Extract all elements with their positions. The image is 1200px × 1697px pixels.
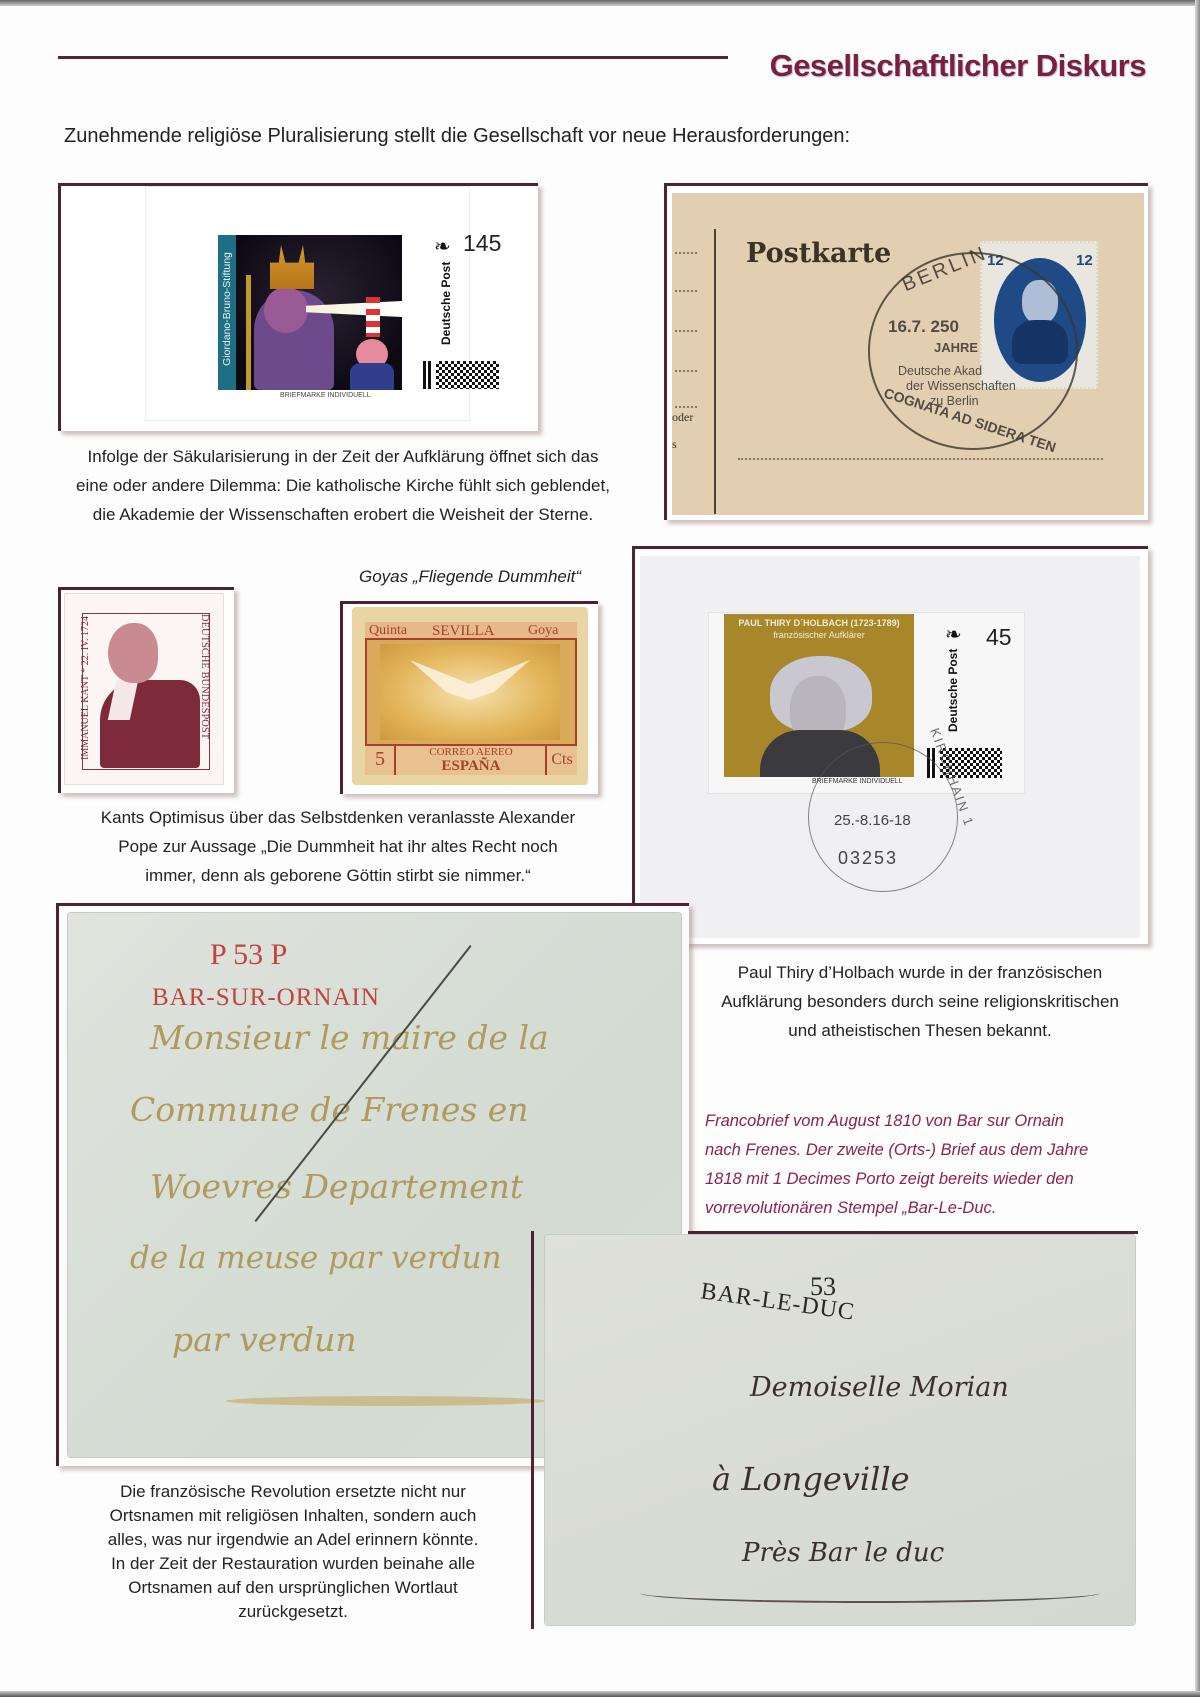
dotted-line xyxy=(675,290,697,292)
stamp-unit: Cts xyxy=(545,745,577,775)
address-line: Près Bar le duc xyxy=(742,1538,944,1568)
address-line xyxy=(738,458,1103,460)
stamp-value: 45 xyxy=(986,624,1012,651)
stamp-label: BRIEFMARKE INDIVIDUELL xyxy=(280,392,371,399)
page-title: Gesellschaftlicher Diskurs xyxy=(770,48,1146,84)
postmark-line2: Deutsche Akad xyxy=(898,364,982,378)
ink-flourish xyxy=(640,1583,1100,1603)
postmark-date: 16.7. 250 xyxy=(888,317,959,337)
datamatrix-code xyxy=(436,361,499,389)
frame-rule-top xyxy=(688,1231,1138,1234)
postmark-date: 25.-8.16-18 xyxy=(834,812,911,829)
dotted-line xyxy=(675,406,697,408)
stamp-giordano-bruno-image: Giordano-Bruno-Stiftung xyxy=(218,235,402,390)
stamp-brand: Deutsche Post xyxy=(439,262,453,345)
scan-edge-bottom xyxy=(0,1691,1200,1697)
stamp-value: 145 xyxy=(463,230,501,257)
stamp-goya-correo: CORREO AEREO xyxy=(398,746,544,758)
dotted-line xyxy=(675,370,697,372)
postcard-left-text: s xyxy=(672,437,677,452)
postcard-left-text: oder xyxy=(672,410,693,425)
stamp-goya-country: ESPAÑA xyxy=(398,758,544,774)
dotted-line xyxy=(675,252,697,254)
address-line: par verdun xyxy=(172,1320,357,1359)
dotted-line xyxy=(675,330,697,332)
address-line: à Longeville xyxy=(712,1460,910,1498)
stamp-brand: Deutsche Post xyxy=(946,649,960,732)
mitre-icon xyxy=(270,245,314,289)
address-line: Woevres Departement xyxy=(150,1167,523,1206)
stamp-holbach-title: PAUL THIRY D´HOLBACH (1723-1789) xyxy=(724,618,914,628)
stamp-goya-top-left: Quinta xyxy=(369,623,407,639)
crozier-icon xyxy=(246,275,251,390)
small-man-body xyxy=(350,363,394,390)
lighthouse-icon xyxy=(366,297,380,337)
stamp-value: 90 xyxy=(158,738,181,759)
postmark-zip: 03253 xyxy=(838,848,898,869)
caption-francobrief: Francobrief vom August 1810 von Bar sur … xyxy=(705,1107,1155,1223)
kant-portrait xyxy=(108,623,158,683)
stamp-goya-top-right: Goya xyxy=(528,623,558,639)
red-stamp-p53p: P 53 P xyxy=(210,938,287,972)
address-line: Monsieur le maire de la xyxy=(150,1018,549,1057)
title-rule xyxy=(58,56,728,59)
stamp-goya-top-center: SEVILLA xyxy=(432,623,495,640)
postcard-title: Postkarte xyxy=(746,238,891,269)
ink-flourish xyxy=(226,1396,546,1406)
bishop-face xyxy=(264,287,308,333)
postmark-line1: JAHRE xyxy=(934,340,978,355)
stamp-kant-left-text: IMMANUEL KANT * 22. IV. 1724 xyxy=(80,616,91,760)
stamp-value-right: 12 xyxy=(1076,252,1093,269)
address-line: de la meuse par verdun xyxy=(130,1240,502,1276)
stamp-holbach-subtitle: französischer Aufklärer xyxy=(724,630,914,640)
caption-kant: Kants Optimisus über das Selbstdenken ve… xyxy=(58,803,618,890)
posthorn-icon: ❧ xyxy=(945,622,962,646)
address-line: Demoiselle Morian xyxy=(750,1372,1009,1403)
stamp-band-text: Giordano-Bruno-Stiftung xyxy=(221,235,233,384)
goya-heading: Goyas „Fliegende Dummheit“ xyxy=(340,567,600,587)
caption-secularization: Infolge der Säkularisierung in der Zeit … xyxy=(58,442,628,529)
postcard-divider xyxy=(714,229,716,514)
stamp-kant-right-text: DEUTSCHE BUNDESPOST xyxy=(199,614,210,739)
scan-edge-right xyxy=(1195,0,1200,1697)
red-stamp-city: BAR-SUR-ORNAIN xyxy=(152,984,380,1012)
barcode-bars xyxy=(423,361,433,389)
frame-rule-left xyxy=(531,1466,534,1626)
scan-edge-top xyxy=(0,0,1200,6)
caption-holbach: Paul Thiry d’Holbach wurde in der franzö… xyxy=(690,958,1150,1045)
caption-revolution: Die französische Revolution ersetzte nic… xyxy=(58,1480,528,1624)
postmark-line3: der Wissenschaften xyxy=(906,379,1016,393)
posthorn-icon: ❧ xyxy=(434,234,451,258)
stamp-value: 5 xyxy=(366,745,396,775)
intro-text: Zunehmende religiöse Pluralisierung stel… xyxy=(64,125,850,148)
